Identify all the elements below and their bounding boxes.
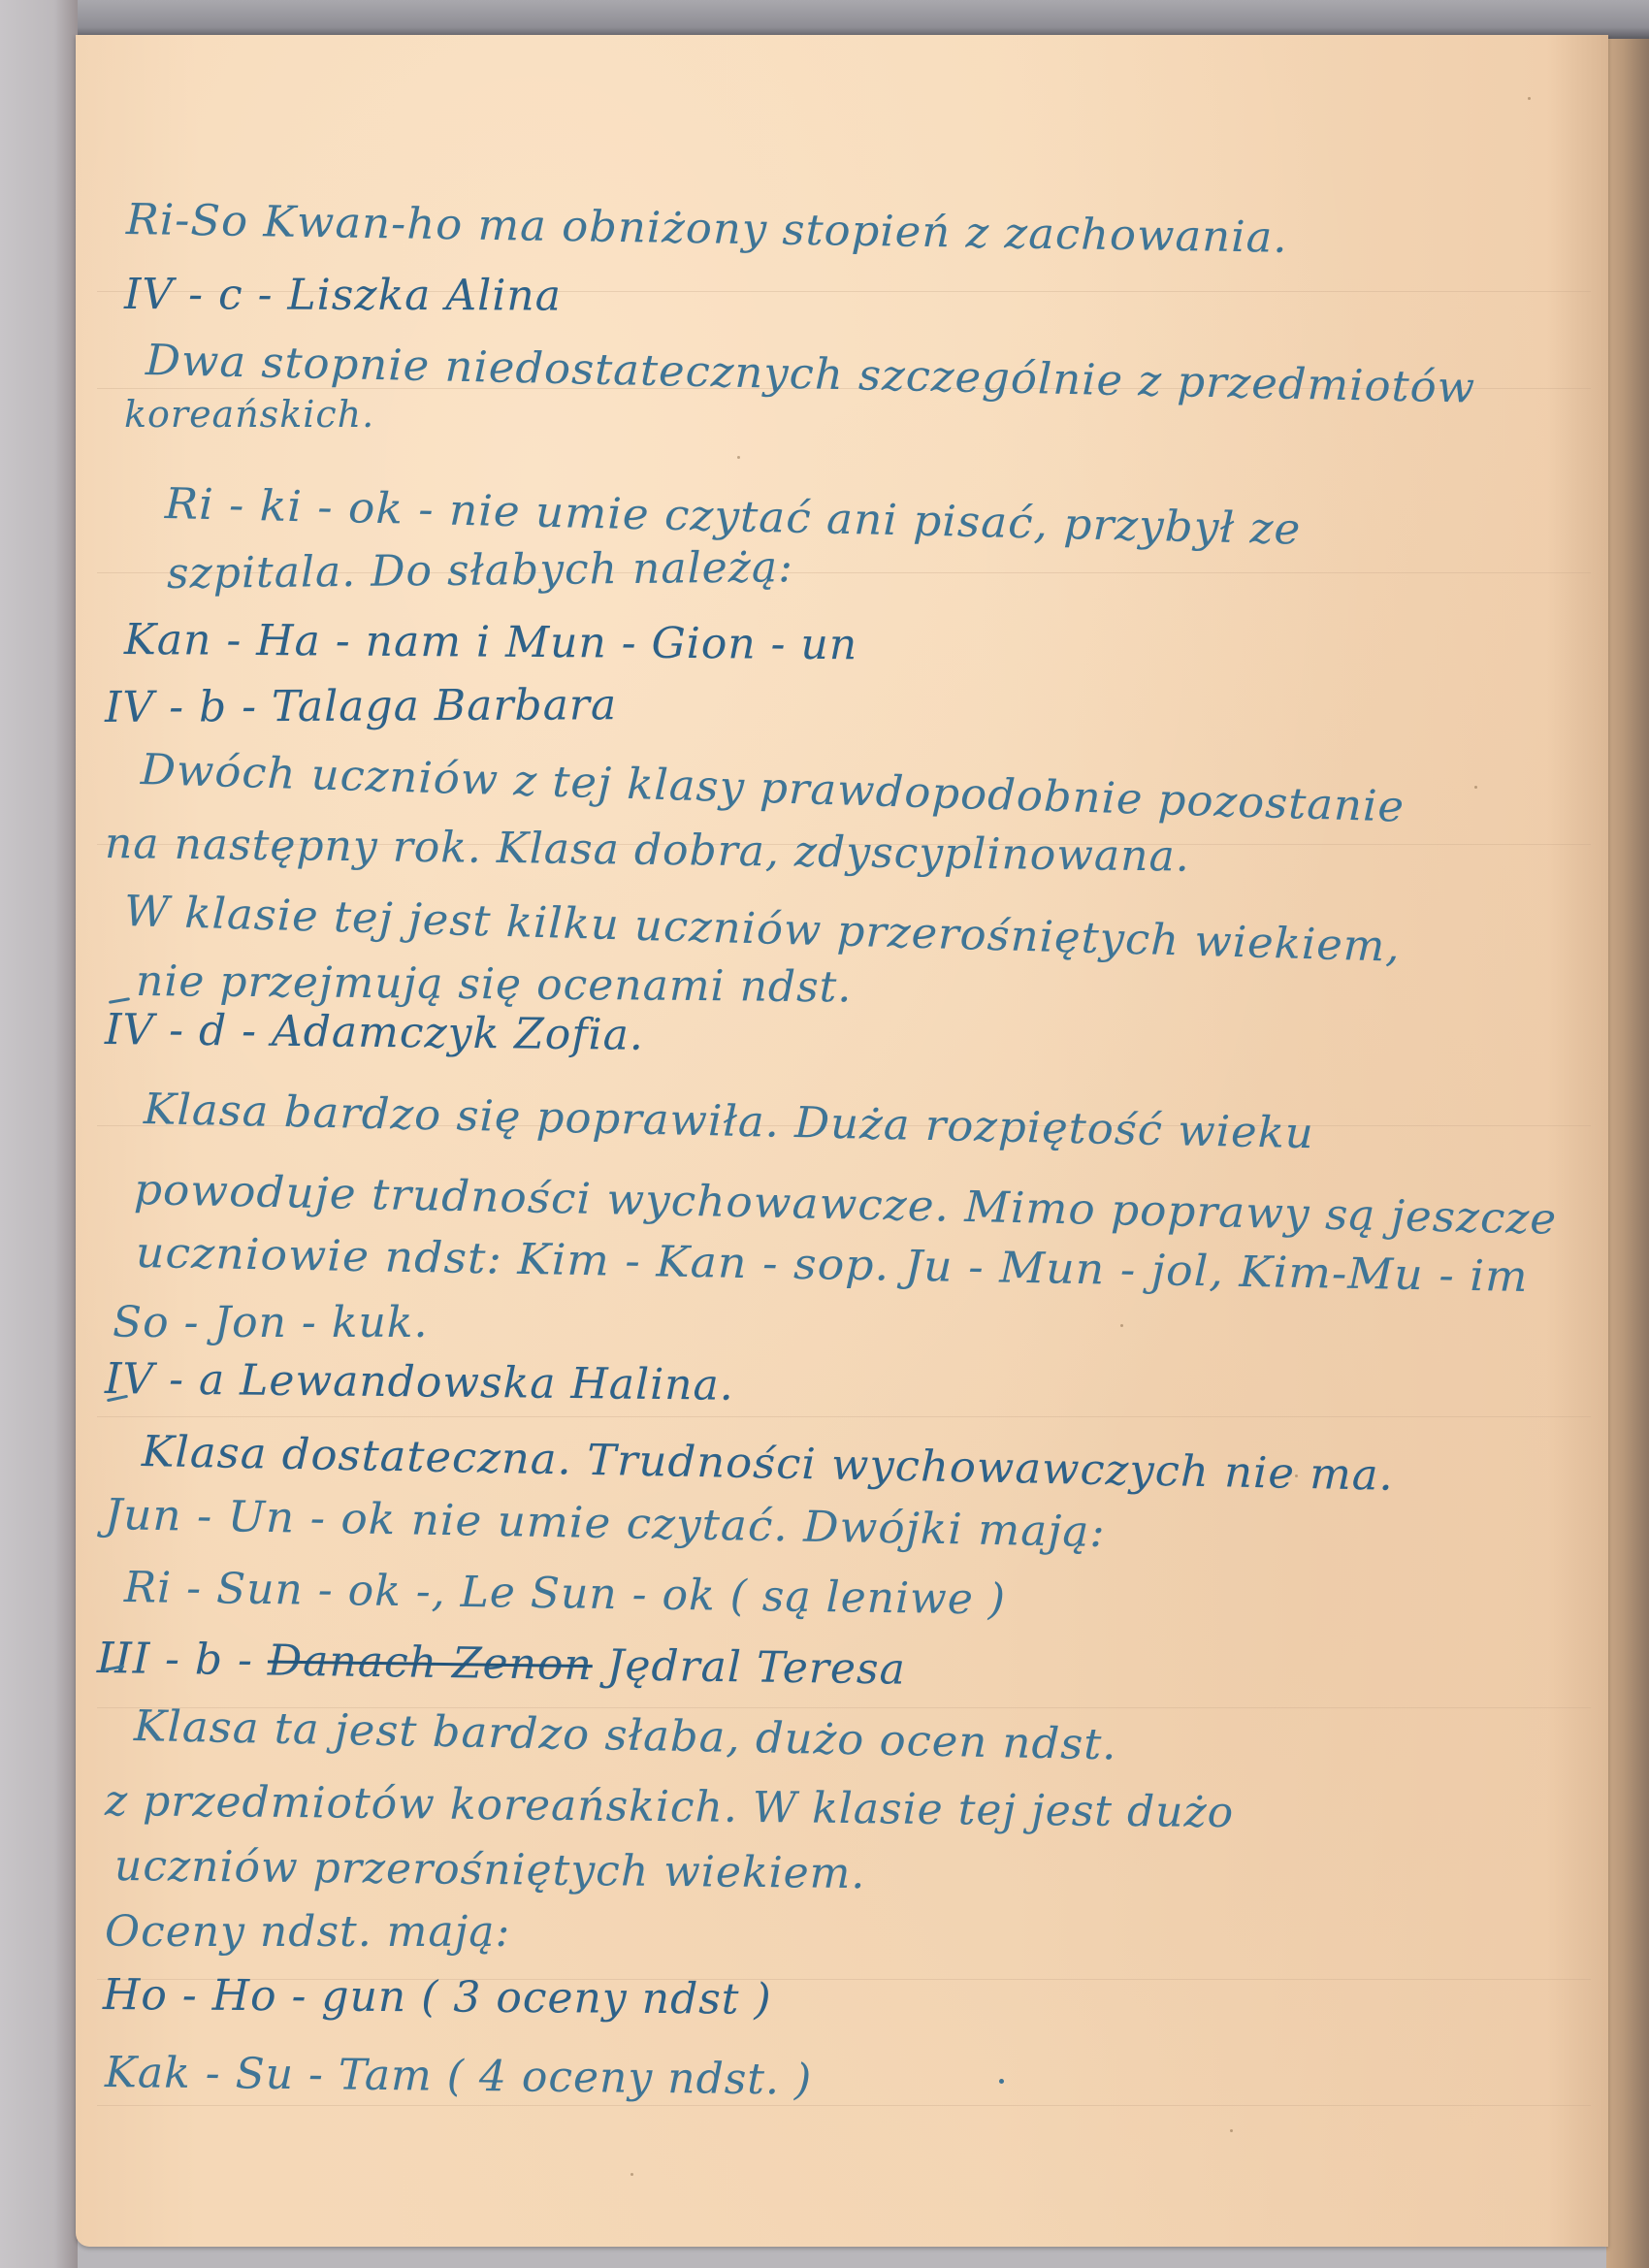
paper-speck [630,2173,633,2176]
ink-dot [999,2079,1004,2084]
paper-speck [1230,2129,1233,2132]
ruled-line [97,1416,1591,1417]
paper-speck [1474,786,1477,789]
handwritten-line: Oceny ndst. mają: [105,1911,510,1954]
handwritten-line: Ho - Ho - gun ( 3 oceny ndst ) [103,1974,772,2022]
handwritten-line: z przedmiotów koreańskich. W klasie tej … [105,1780,1235,1834]
class-heading-iv-c: IV - c - Liszka Alina [124,274,562,318]
struck-out-name: Danach Zenon [268,1636,594,1690]
scan-backdrop-left [0,0,78,2268]
class-heading-iii-b: III - b - Danach Zenon Jędral Teresa [97,1637,906,1692]
handwritten-line: na następny rok. Klasa dobra, zdyscyplin… [105,823,1190,879]
handwritten-line: uczniów przerośniętych wiekiem. [114,1845,866,1895]
handwritten-line: Kan - Ha - nam i Mun - Gion - un [124,619,857,666]
handwritten-line: Kak - Su - Tam ( 4 oceny ndst. ) [105,2052,813,2102]
paper-speck [1120,1324,1123,1327]
paper-speck [1528,97,1531,100]
handwritten-line: nie przejmują się ocenami ndst. [136,960,853,1009]
ruled-line [97,2105,1591,2106]
teacher-name: Jędral Teresa [592,1640,906,1695]
class-label: III - b - [97,1634,269,1685]
paper-speck [1295,1474,1298,1477]
class-heading-iv-a: IV - a Lewandowska Halina. [105,1358,734,1408]
class-heading-iv-d: IV - d - Adamczyk Zofia. [105,1009,644,1057]
handwritten-line: So - Jon - kuk. [113,1302,428,1345]
notebook-spine-edge [1606,39,1649,2268]
class-heading-iv-b: IV - b - Talaga Barbara [105,684,617,729]
paper-speck [737,456,740,459]
handwritten-line: szpitala. Do słabych należą: [167,546,793,596]
handwritten-line: Ri - Sun - ok -, Le Sun - ok ( są leniwe… [124,1567,1007,1622]
scan-backdrop-top [0,0,1649,39]
handwritten-line: koreańskich. [124,396,374,433]
